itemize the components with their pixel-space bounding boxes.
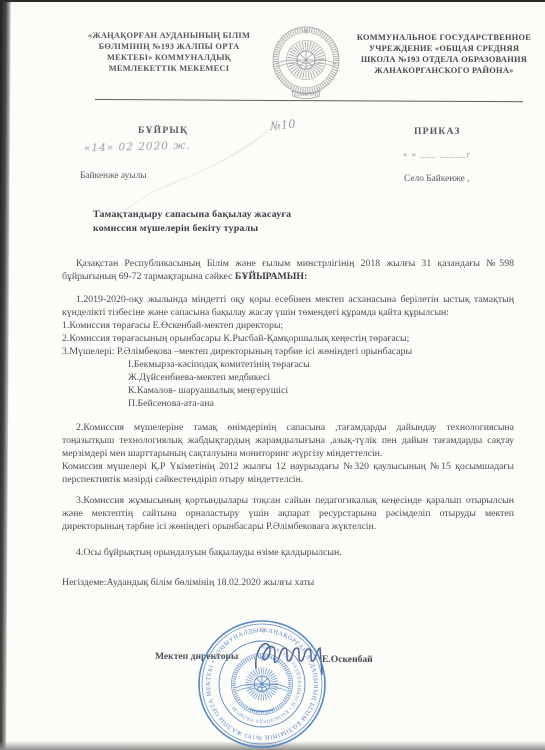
member-line: І.Бекмырза-кәсіподақ комитетінің төрағас…	[128, 358, 514, 371]
member-line: Ж.Дүйсенбиева-мектеп медбикесі	[128, 371, 514, 384]
scan-edge-top	[0, 0, 545, 2]
kazakhstan-emblem-icon: ҚАЗАҚСТАН	[268, 22, 344, 106]
emblem-banner-text: ҚАЗАҚСТАН	[294, 92, 318, 97]
item-1-paragraph: 1.2019-2020-оқу жылында міндетті оқу қор…	[62, 293, 514, 319]
item-3-paragraph: 3.Комиссия жұмысының қортындылары тоқсан…	[62, 494, 514, 533]
commission-deputy-line: 2.Комиссия төрағасының орынбасары К.Рысб…	[62, 332, 514, 345]
place-russian: Село Байкенже ,	[404, 174, 470, 184]
round-stamp: ЖАҢАҚОРҒАН АУДАНЫНЫҢ БІЛІМ БӨЛІМІНІҢ №19…	[194, 617, 330, 750]
document-body: Қазақстан Республикасының Білім және ғыл…	[62, 257, 514, 589]
member-line: П.Бейсенова-ата-ана	[128, 397, 514, 410]
preamble-resolve-word: БҰЙЫРАМЫН:	[235, 271, 307, 282]
scan-scribble-artifact	[115, 112, 305, 222]
order-label-russian: ПРИКАЗ	[414, 126, 461, 137]
order-date-blank-russian: « » ___ _____г	[403, 149, 471, 159]
org-name-russian: КОММУНАЛЬНОЕ ГОСУДАРСТВЕННОЕ УЧРЕЖДЕНИЕ …	[348, 32, 540, 76]
item-2b-paragraph: Комиссия мүшелері Қ.Р Үкіметінің 2012 жы…	[62, 460, 514, 486]
scan-edge-left	[0, 0, 11, 750]
item-2-paragraph: 2.Комиссия мүшелеріне тамақ өнімдерінің …	[62, 421, 514, 460]
commission-members-line: 3.Мүшелері: Р.Әлімбекова –мектеп директо…	[62, 345, 514, 358]
member-line: К.Камалов- шаруашылық меңгерушісі	[128, 384, 514, 397]
scanned-order-document: «ЖАҢАҚОРҒАН АУДАНЫНЫҢ БІЛІМ БӨЛІМІНІҢ №1…	[0, 0, 545, 750]
document-title: Тамақтандыру сапасына бақылау жасауға ко…	[93, 208, 291, 235]
preamble-paragraph: Қазақстан Республикасының Білім және ғыл…	[62, 257, 514, 283]
commission-chair-line: 1.Комиссия төрағасы Е.Өскенбай-мектеп ди…	[62, 319, 514, 332]
org-name-kazakh: «ЖАҢАҚОРҒАН АУДАНЫНЫҢ БІЛІМ БӨЛІМІНІҢ №1…	[76, 30, 262, 74]
item-4-paragraph: 4.Осы бұйрықтың орындалуын бақылауды өзі…	[62, 546, 514, 559]
basis-line: Негіздеме:Аудандық білім бөлімінің 18.02…	[62, 576, 514, 589]
